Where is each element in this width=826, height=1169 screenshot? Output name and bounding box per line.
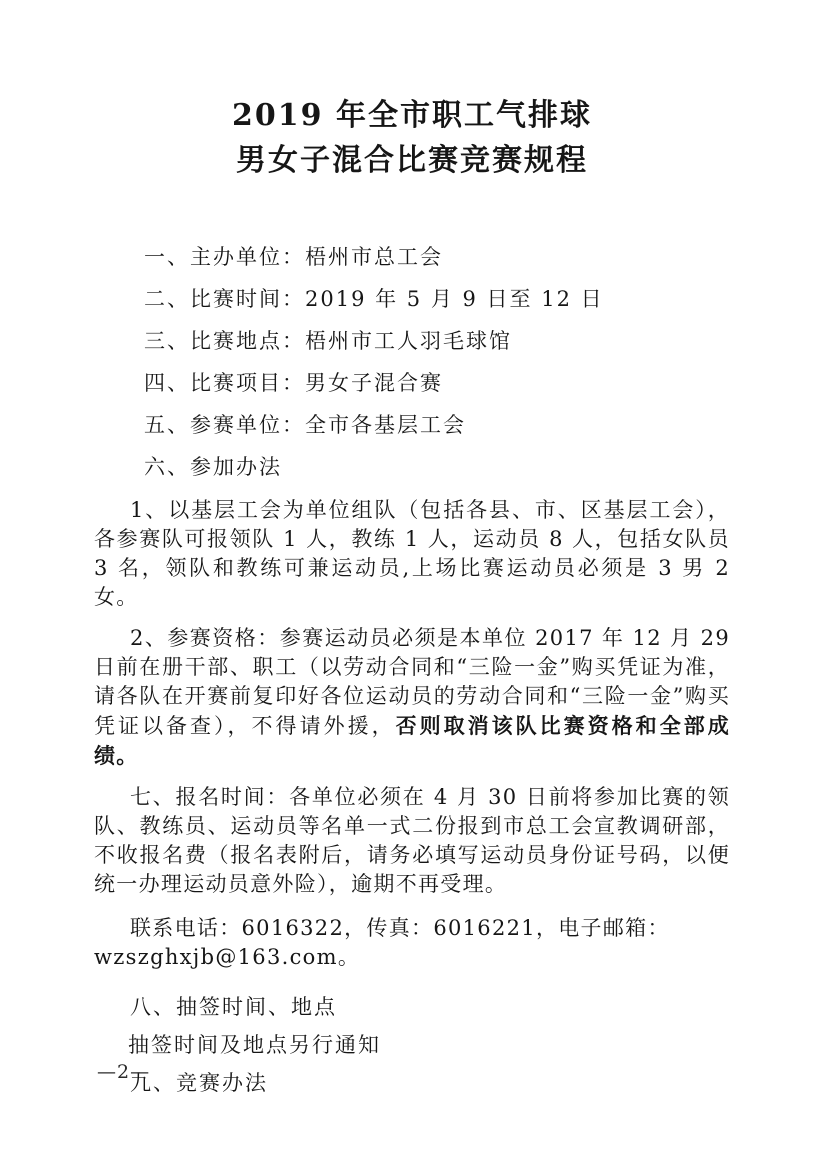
item-event: 四、比赛项目：男女子混合赛 xyxy=(94,369,730,398)
paragraph-registration: 七、报名时间：各单位必须在 4 月 30 日前将参加比赛的领队、教练员、运动员等… xyxy=(94,783,730,899)
numbered-item-list: 一、主办单位：梧州市总工会 二、比赛时间：2019 年 5 月 9 日至 12 … xyxy=(94,243,730,482)
item-organizer: 一、主办单位：梧州市总工会 xyxy=(94,243,730,272)
contact-email-line: wzszghxjb@163.com。 xyxy=(94,943,730,972)
item-time: 二、比赛时间：2019 年 5 月 9 日至 12 日 xyxy=(94,285,730,314)
draw-notice-line: 抽签时间及地点另行通知 xyxy=(94,1031,730,1060)
page-number: —2— xyxy=(97,1061,150,1083)
item-venue: 三、比赛地点：梧州市工人羽毛球馆 xyxy=(94,327,730,356)
document-title-line-1: 2019 年全市职工气排球 xyxy=(94,93,730,138)
item-entry-method: 六、参加办法 xyxy=(94,453,730,482)
document-title-line-2: 男女子混合比赛竞赛规程 xyxy=(94,138,730,183)
item-participants: 五、参赛单位：全市各基层工会 xyxy=(94,411,730,440)
paragraph-team-composition: 1、以基层工会为单位组队（包括各县、市、区基层工会），各参赛队可报领队 1 人，… xyxy=(94,496,730,612)
document-page: 2019 年全市职工气排球 男女子混合比赛竞赛规程 一、主办单位：梧州市总工会 … xyxy=(0,0,826,1169)
paragraph-contact: 联系电话：6016322，传真：6016221，电子邮箱： wzszghxjb@… xyxy=(94,914,730,972)
contact-phone-fax-line: 联系电话：6016322，传真：6016221，电子邮箱： xyxy=(94,914,730,943)
item-draw-time-place: 八、抽签时间、地点 xyxy=(94,993,730,1022)
paragraph-eligibility: 2、参赛资格：参赛运动员必须是本单位 2017 年 12 月 29 日前在册干部… xyxy=(94,624,730,771)
document-title: 2019 年全市职工气排球 男女子混合比赛竞赛规程 xyxy=(94,93,730,183)
item-competition-rules: 九、竞赛办法 xyxy=(94,1069,730,1098)
